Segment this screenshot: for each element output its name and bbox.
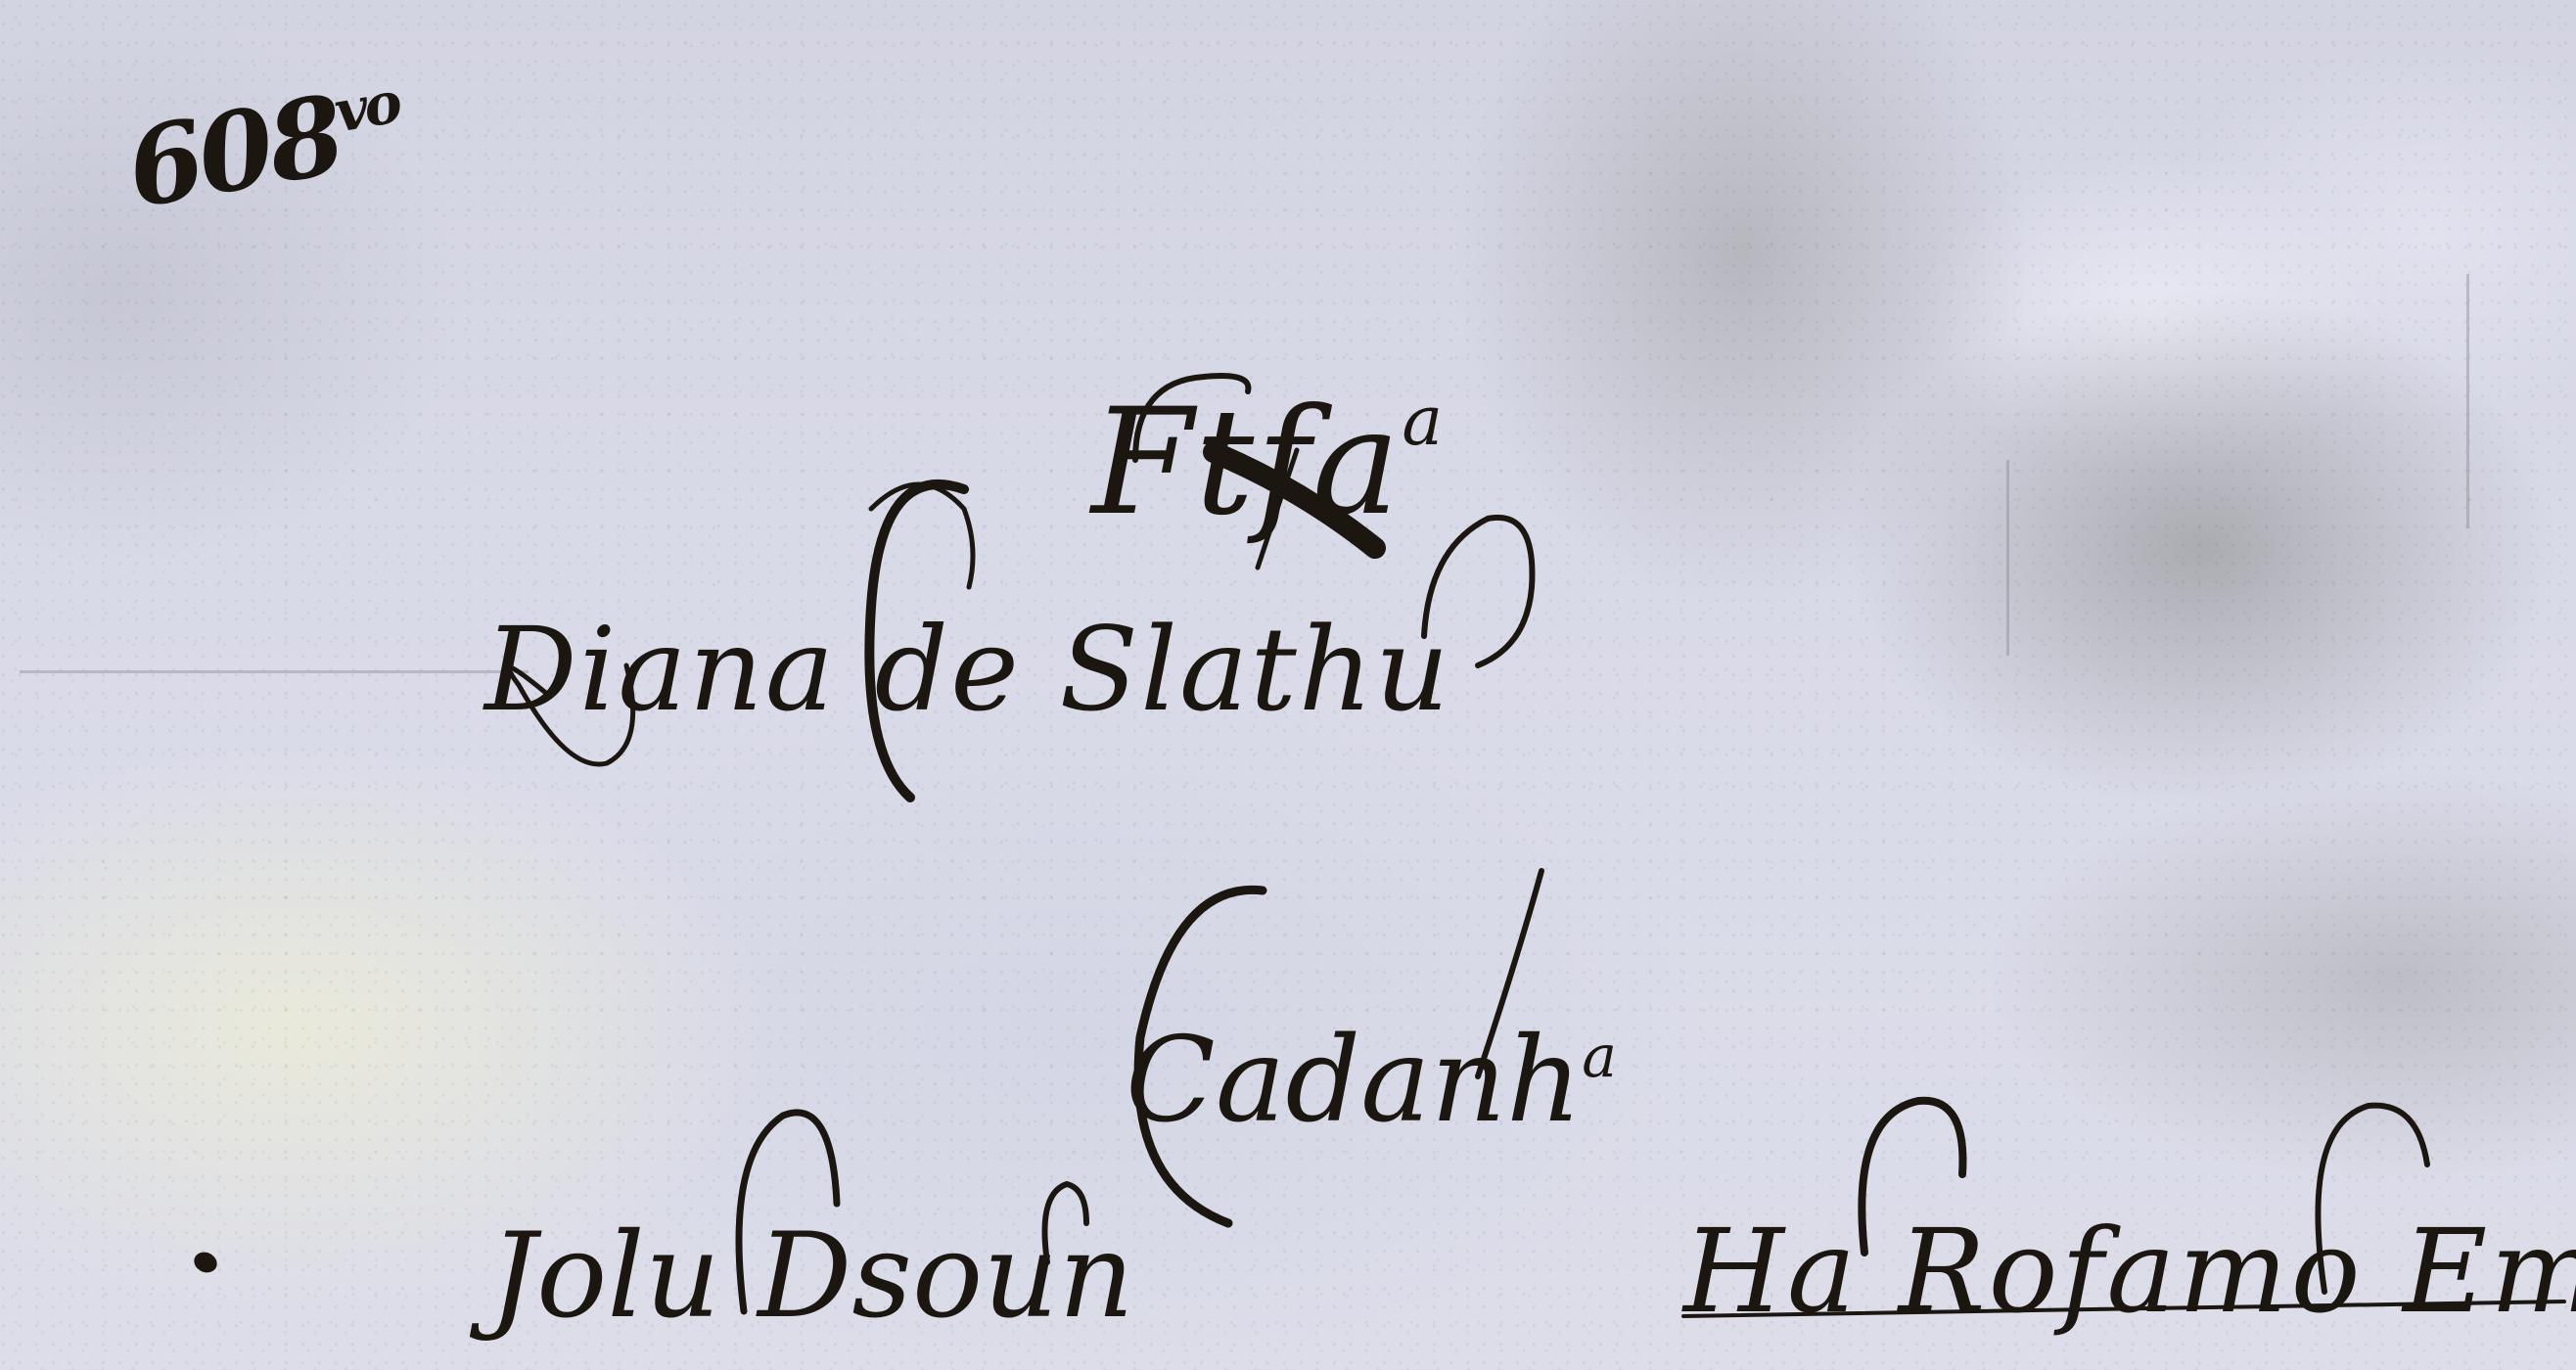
signature-right: Ha Rofamo Emb bbox=[1683, 1213, 2576, 1329]
heading-superscript: a bbox=[1402, 381, 1445, 461]
ruled-line bbox=[2006, 460, 2009, 656]
heading-text: Ftfa bbox=[1091, 378, 1402, 548]
heading-word: Ftfaa bbox=[1091, 387, 1445, 536]
folio-number: 608vo bbox=[120, 69, 411, 223]
line1-c-top bbox=[871, 484, 973, 587]
ruled-line bbox=[2466, 274, 2469, 528]
text-line-2: Cadanha bbox=[1126, 1023, 1617, 1140]
ink-dot bbox=[191, 1249, 220, 1276]
manuscript-page: 608vo Ftfaa Diana de Slathu Cadanha Jolu… bbox=[0, 0, 2576, 1370]
text-line-2-value: Cadanh bbox=[1126, 1013, 1582, 1149]
folio-number-value: 608 bbox=[118, 71, 350, 233]
text-line-2-superscript: a bbox=[1582, 1023, 1617, 1091]
text-line-1: Diana de Slathu bbox=[484, 612, 1451, 727]
folio-suffix: vo bbox=[330, 68, 403, 145]
ruled-line bbox=[20, 670, 529, 673]
signature-left: Jolu Dsoun bbox=[489, 1218, 1134, 1336]
